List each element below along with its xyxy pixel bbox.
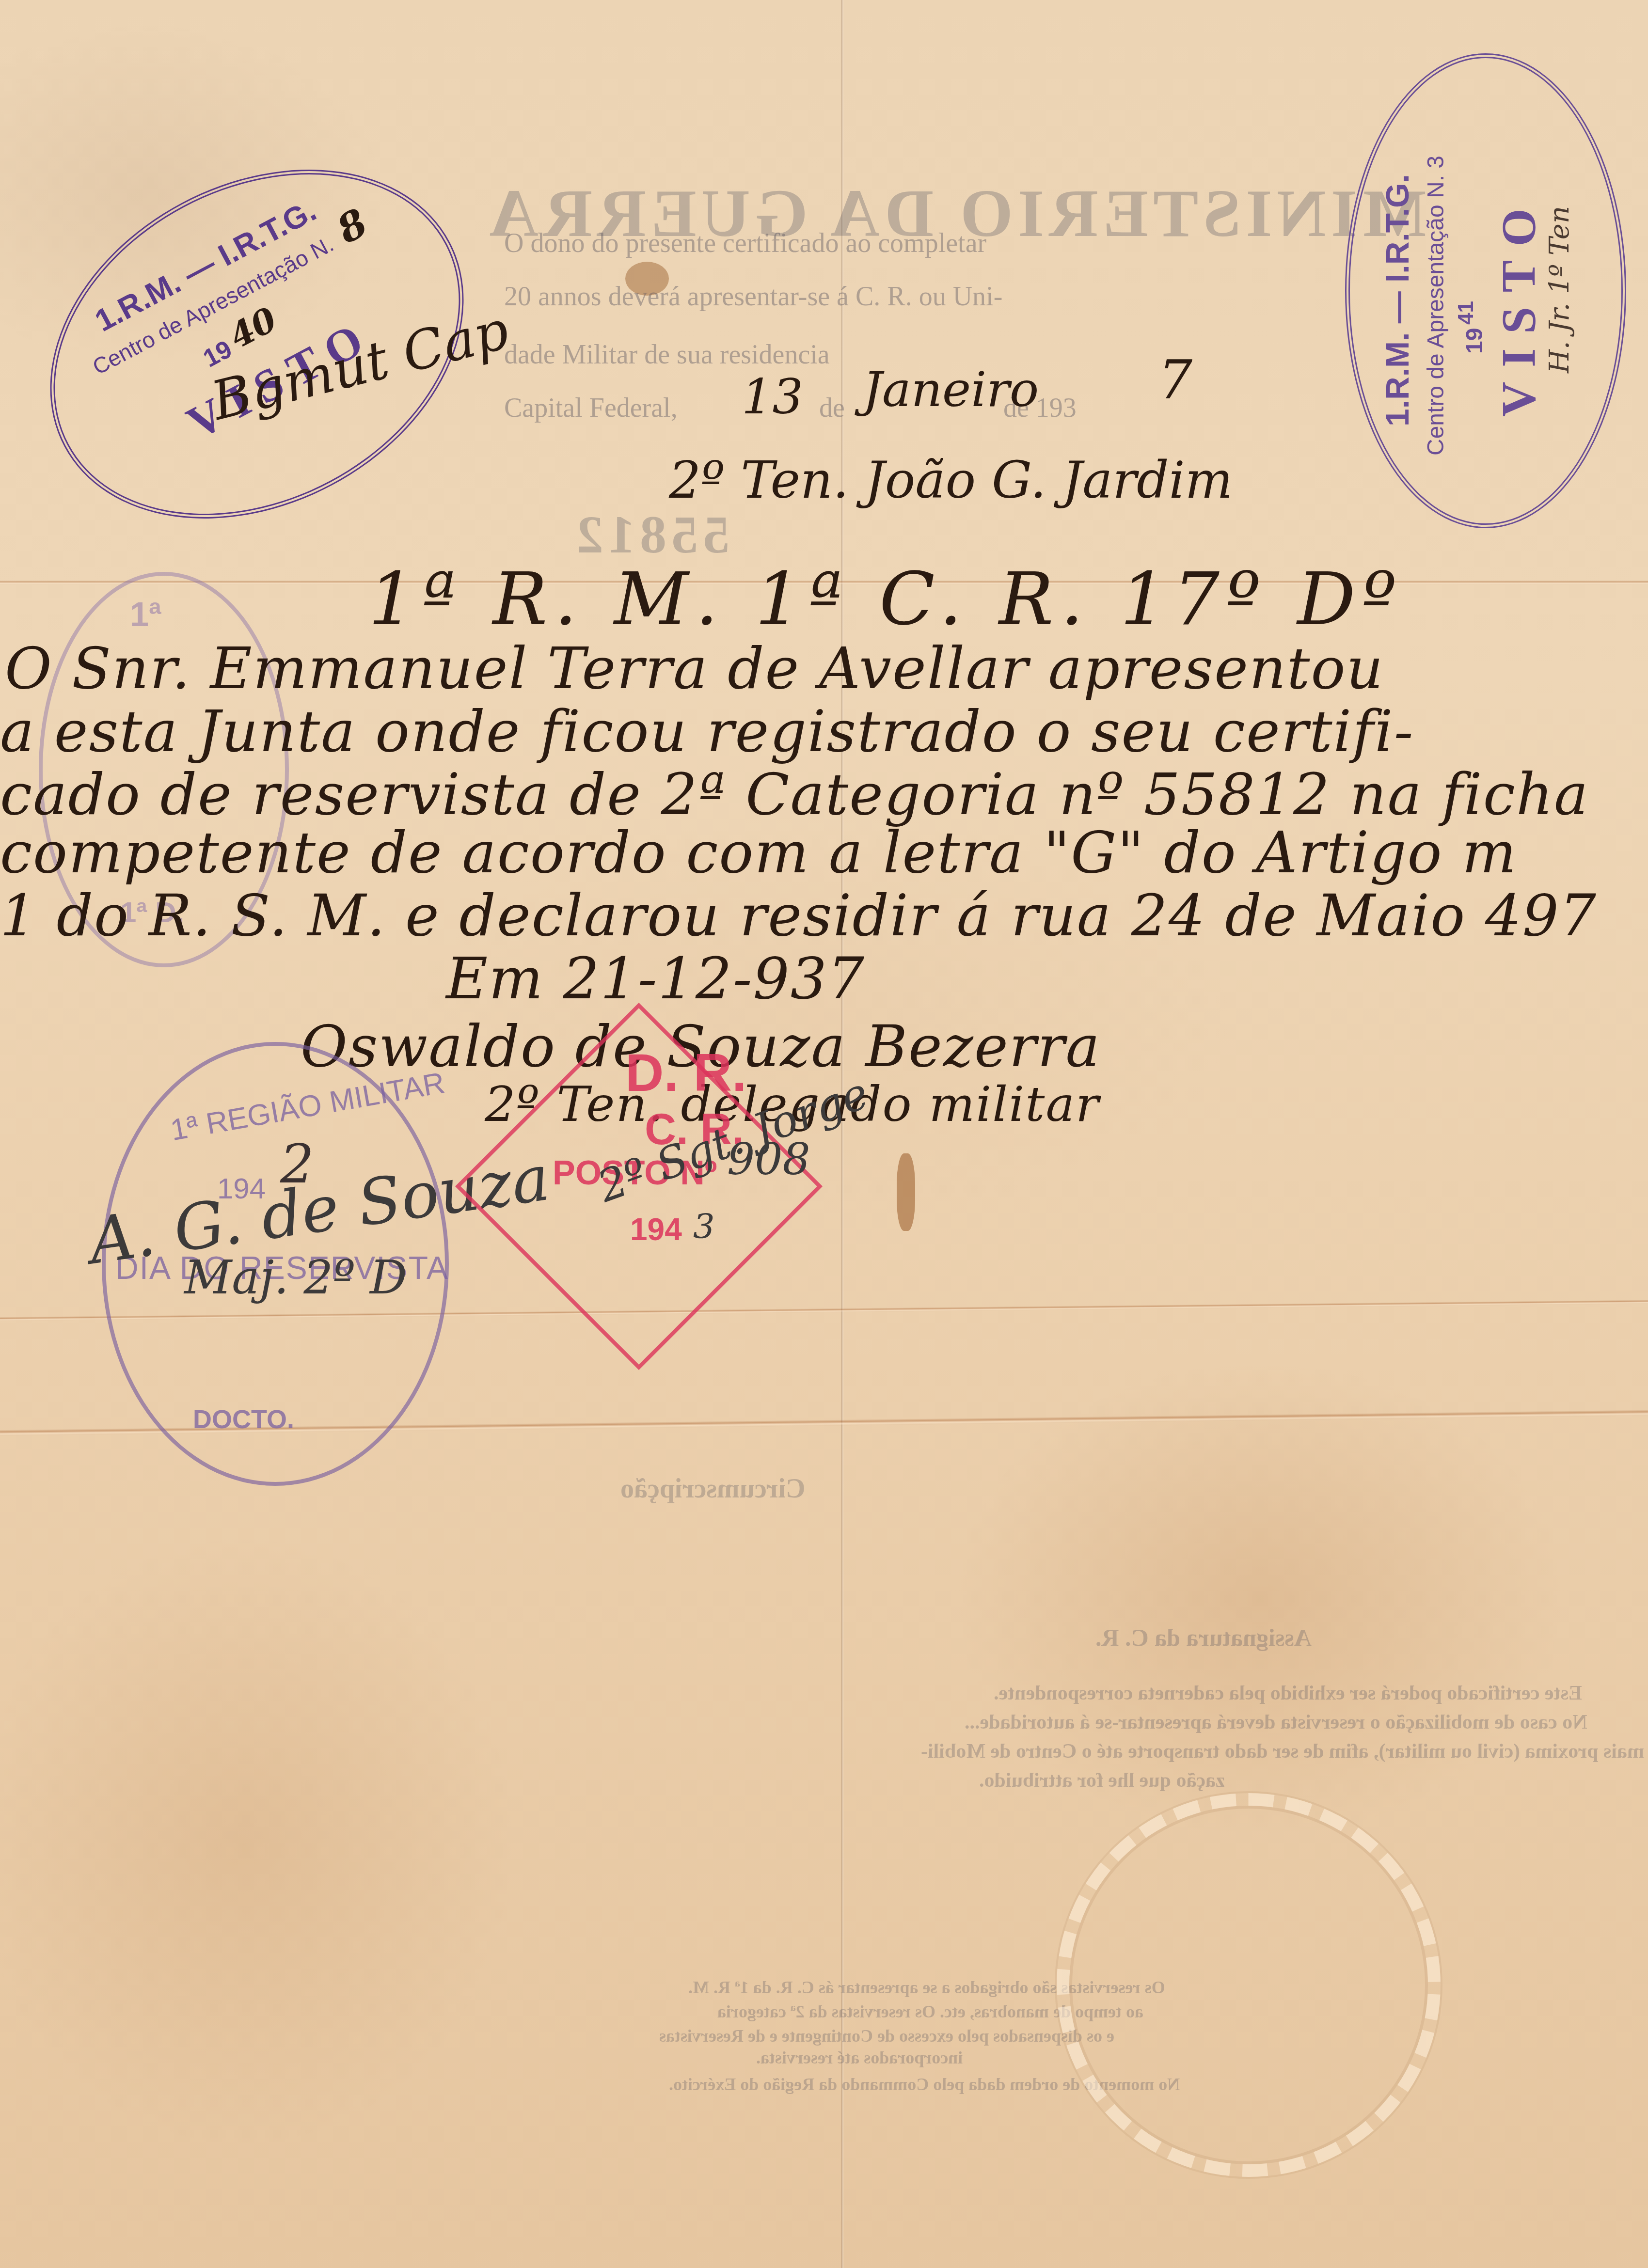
body-line: 1 do R. S. M. e declarou residir á rua 2… (0, 882, 1597, 949)
printed-number-bleed: 55812 (572, 504, 729, 566)
visto-signature: H. Jr. 1º Ten (1544, 206, 1575, 373)
issuer-signature: 2º Ten. João G. Jardim (669, 451, 1233, 510)
paper-stain (897, 1153, 915, 1231)
printed-line: 20 annos deverá apresentar-se á C. R. ou… (504, 281, 1002, 312)
stamp-year-prefix: 194 (630, 1212, 682, 1247)
back-text: Assignatura da C. R. (1095, 1623, 1312, 1652)
paper-fold-vertical (841, 0, 844, 2268)
stamp-line: 1ª (130, 595, 161, 634)
printed-line: dade Militar de sua residencia (504, 339, 830, 370)
body-line: O Snr. Emmanuel Terra de Avellar apresen… (5, 635, 1384, 702)
handwritten-heading: 1ª R. M. 1ª C. R. 17º Dº (368, 557, 1403, 642)
back-text: zação que lhe for attribuido. (979, 1769, 1225, 1792)
stamp-year: 41 (1454, 301, 1478, 325)
registration-date: Em 21-12-937 (446, 945, 865, 1012)
body-line: a esta Junta onde ficou registrado o seu… (0, 698, 1414, 765)
body-line: competente de acordo com a letra "G" do … (0, 819, 1517, 886)
issue-day: 13 (742, 368, 803, 425)
stamp-number: 8 (330, 200, 375, 252)
back-text: e os dispensados pelo excesso de Conting… (659, 2026, 1114, 2046)
printed-line: O dono do presente certificado ao comple… (504, 228, 986, 259)
printed-de: de (819, 393, 845, 424)
stamp-visto: VISTO (1490, 194, 1546, 417)
regiao-signature-sub: Maj. 2º D (184, 1250, 407, 1305)
back-text: mais proxima (civil ou militar), afim de… (921, 1740, 1644, 1763)
printed-capital: Capital Federal, (504, 393, 678, 424)
stamp-year: 3 (693, 1207, 715, 1246)
stamp-line: DOCTO. (193, 1404, 294, 1434)
issue-month: Janeiro (863, 361, 1039, 418)
issue-year: 7 (1158, 349, 1192, 411)
stamp-dr: D. R. (625, 1042, 747, 1103)
body-line: cado de reservista de 2ª Categoria nº 55… (0, 761, 1589, 828)
stamp-line: 1.R.M. — I.R.T.G. (1379, 174, 1416, 426)
embossed-seal (1057, 1793, 1441, 2177)
back-text: incorporados até reservista. (756, 2047, 963, 2068)
stamp-line: Centro de Apresentação N. 3 (1423, 156, 1449, 456)
back-text: Este certificado poderá ser exhibido pel… (994, 1682, 1582, 1705)
stamp-year-prefix: 19 (1461, 328, 1488, 354)
visto-stamp-top-right: 1.R.M. — I.R.T.G. Centro de Apresentação… (1345, 53, 1626, 528)
back-text: Circumscripção (620, 1473, 806, 1504)
back-text: No caso de mobilização o reservista deve… (965, 1711, 1587, 1734)
